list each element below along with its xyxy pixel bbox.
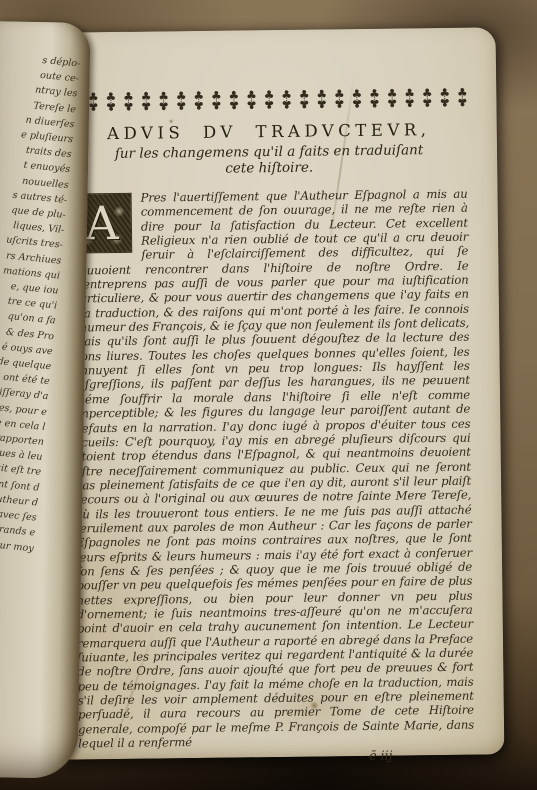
page-content: ♣ ♣ ♣ ♣ ♣ ♣ ♣ ♣ ♣ ♣ ♣ ♣ ♣ ♣ ♣ ♣ ♣ ♣ ♣ ♣ … [70,88,474,767]
book-page: ♣ ♣ ♣ ♣ ♣ ♣ ♣ ♣ ♣ ♣ ♣ ♣ ♣ ♣ ♣ ♣ ♣ ♣ ♣ ♣ … [52,27,505,759]
body-paragraph: A Pres l'auertiſſement que l'Autheur Eſp… [72,187,475,751]
paragraph-text: Pres l'auertiſſement que l'Autheur Eſpag… [72,187,474,751]
page-title: ADVIS DV TRADVCTEVR, [71,120,467,144]
previous-page-text-fragments: s déplo- oute ce- ntray les Tereſe le n … [0,50,81,556]
drop-cap-letter: A [85,200,119,246]
fleuron-ornament-band: ♣ ♣ ♣ ♣ ♣ ♣ ♣ ♣ ♣ ♣ ♣ ♣ ♣ ♣ ♣ ♣ ♣ ♣ ♣ ♣ … [70,88,466,112]
fleuron-row-icon: ♣ ♣ ♣ ♣ ♣ ♣ ♣ ♣ ♣ ♣ ♣ ♣ ♣ ♣ ♣ ♣ ♣ ♣ ♣ ♣ … [70,97,466,112]
page-subtitle: ſur les changemens qu'il a faits en trad… [71,142,467,179]
previous-page-edge: s déplo- oute ce- ntray les Tereſe le n … [0,21,91,778]
photo-of-open-book: ♣ ♣ ♣ ♣ ♣ ♣ ♣ ♣ ♣ ♣ ♣ ♣ ♣ ♣ ♣ ♣ ♣ ♣ ♣ ♣ … [0,0,537,790]
